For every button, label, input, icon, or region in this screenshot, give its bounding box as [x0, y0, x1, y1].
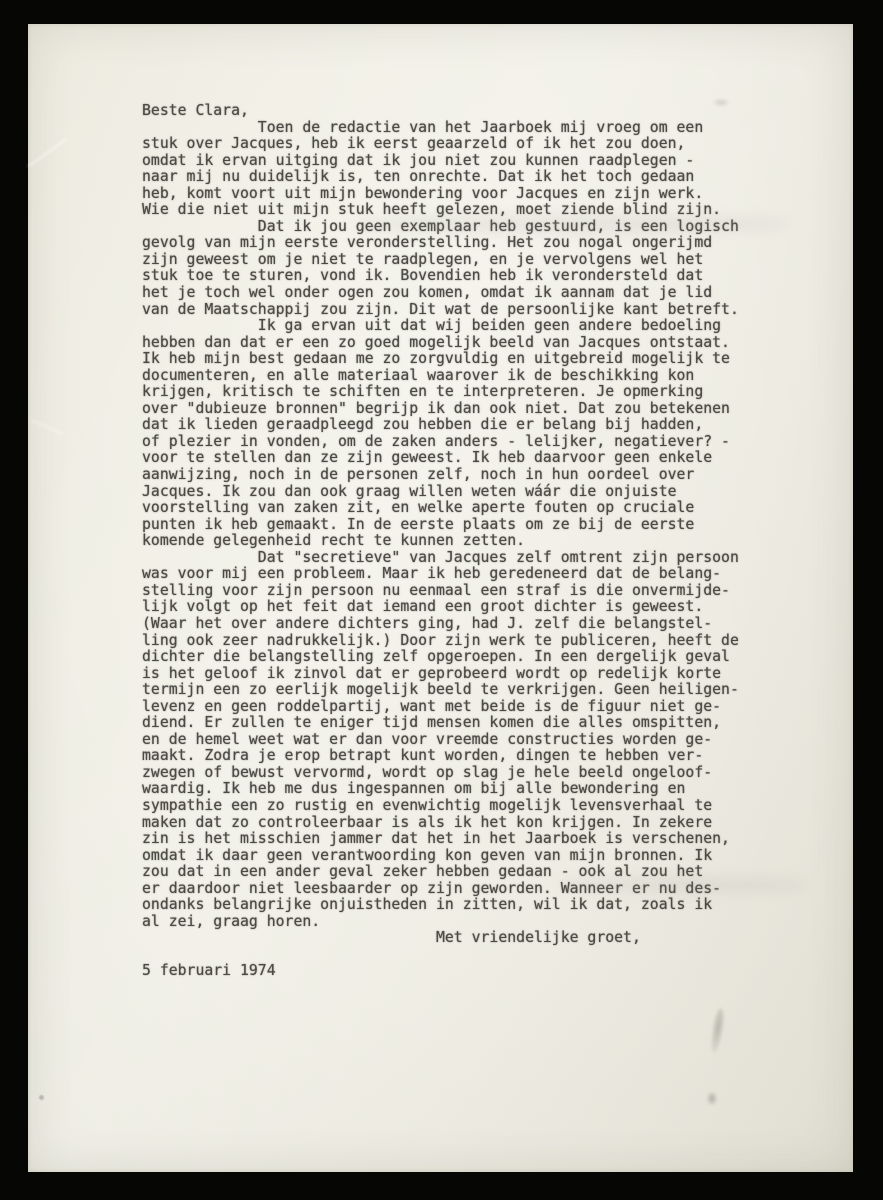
paper-shading [560, 876, 810, 894]
pencil-smudge [708, 1007, 726, 1054]
scanner-background: Beste Clara, Toen de redactie van het Ja… [0, 0, 883, 1200]
paper-speck [712, 98, 730, 107]
pencil-smudge [707, 1092, 717, 1105]
paper-speck [39, 1095, 44, 1100]
paper-crease [28, 139, 66, 168]
letter-page: Beste Clara, Toen de redactie van het Ja… [28, 24, 853, 1172]
paper-shading [350, 214, 790, 234]
paper-crease [31, 419, 63, 435]
letter-body-text: Beste Clara, Toen de redactie van het Ja… [142, 103, 739, 980]
